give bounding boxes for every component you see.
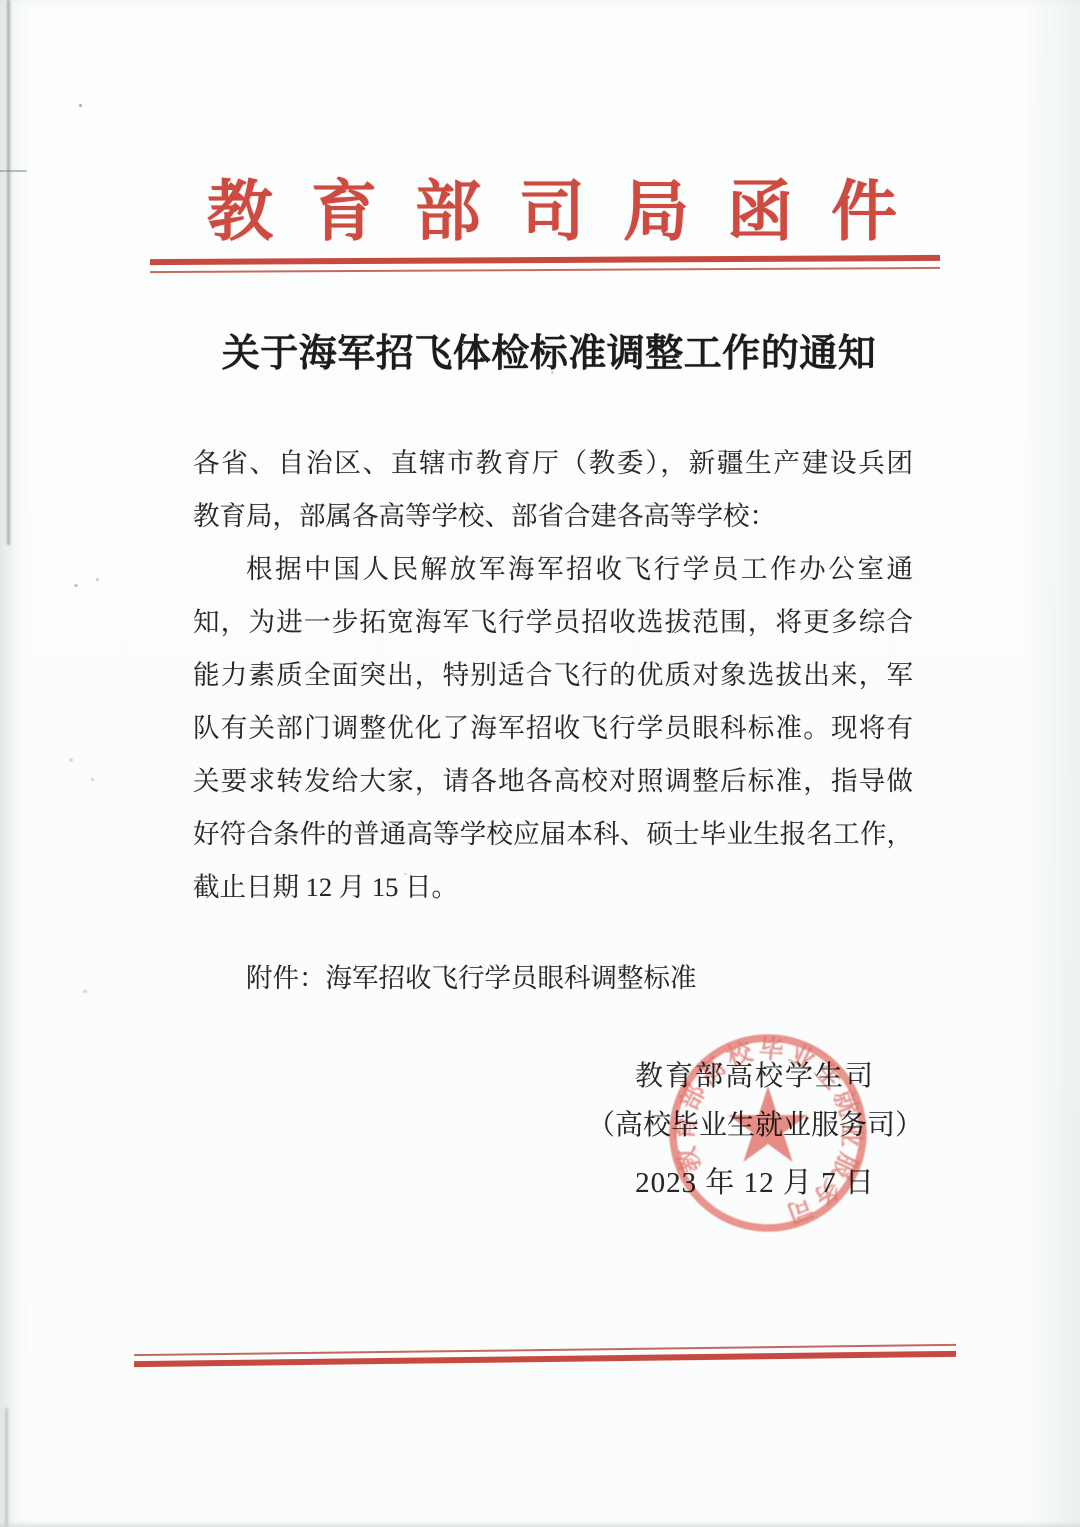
seal-star-icon <box>728 1086 808 1162</box>
letterhead-rule-thick <box>150 255 940 265</box>
scan-edge-artifact <box>5 1408 8 1527</box>
body-line: 截止日期 12 月 15 日。 <box>193 861 913 914</box>
letterhead-title: 教育部司局函件 <box>0 158 1080 253</box>
body-line: 能力素质全面突出，特别适合飞行的优质对象选拔出来，军 <box>193 649 913 702</box>
scan-edge-artifact <box>7 0 10 545</box>
body-line: 根据中国人民解放军海军招收飞行学员工作办公室通 <box>193 543 913 596</box>
scan-speck <box>79 104 82 107</box>
salutation-line: 各省、自治区、直辖市教育厅（教委），新疆生产建设兵团 <box>193 437 913 490</box>
official-seal: 教育部高校毕业生就业服务司 <box>653 1018 883 1248</box>
scan-speck <box>96 578 99 581</box>
scan-speck <box>83 990 87 993</box>
salutation-line: 教育局，部属各高等学校、部省合建各高等学校： <box>193 490 913 543</box>
scan-edge-artifact <box>0 1521 1080 1527</box>
scan-speck <box>74 584 78 587</box>
letter-body: 各省、自治区、直辖市教育厅（教委），新疆生产建设兵团 教育局，部属各高等学校、部… <box>193 437 913 914</box>
scan-speck <box>69 758 73 762</box>
body-line: 好符合条件的普通高等学校应届本科、硕士毕业生报名工作， <box>193 808 913 861</box>
scanned-letter-page: 教育部司局函件 关于海军招飞体检标准调整工作的通知 各省、自治区、直辖市教育厅（… <box>0 0 1080 1527</box>
attachment-line: 附件：海军招收飞行学员眼科调整标准 <box>193 958 913 998</box>
document-title: 关于海军招飞体检标准调整工作的通知 <box>0 322 1080 377</box>
body-line: 知，为进一步拓宽海军飞行学员招收选拔范围，将更多综合 <box>193 596 913 649</box>
letterhead-rule-thin <box>150 267 940 273</box>
body-line: 关要求转发给大家，请各地各高校对照调整后标准，指导做 <box>193 755 913 808</box>
scan-speck <box>91 778 94 781</box>
body-line: 队有关部门调整优化了海军招收飞行学员眼科标准。现将有 <box>193 702 913 755</box>
